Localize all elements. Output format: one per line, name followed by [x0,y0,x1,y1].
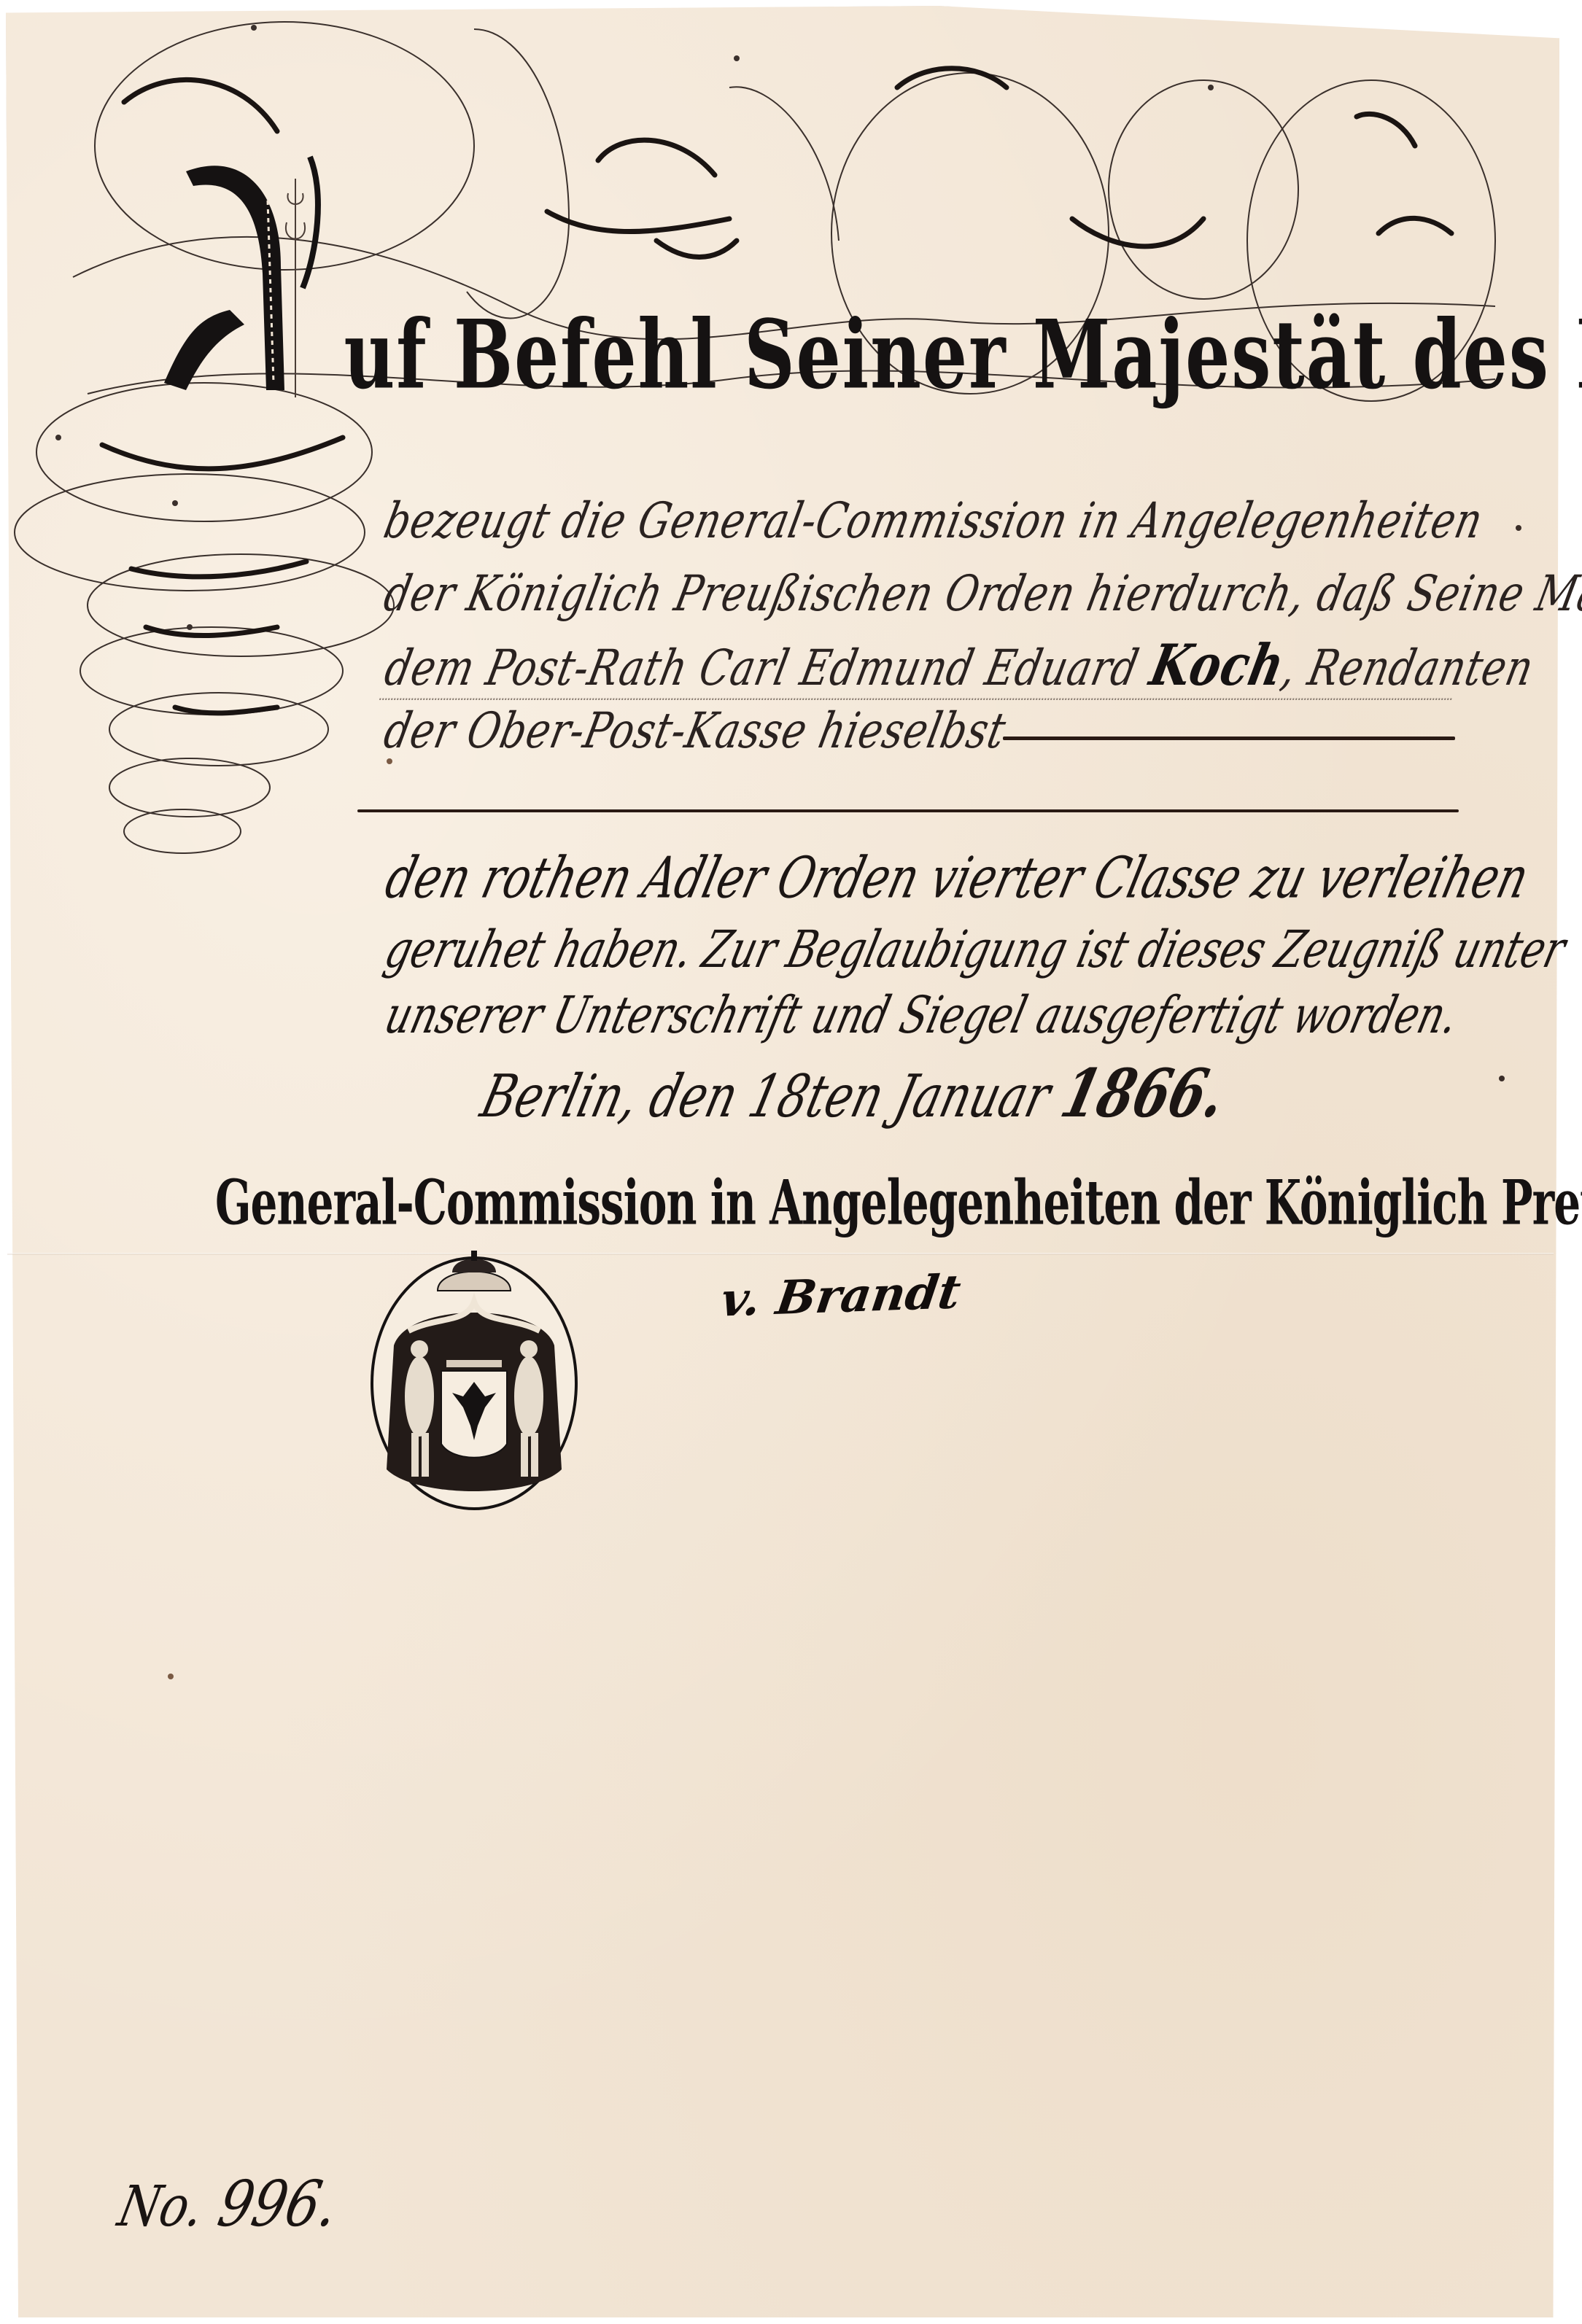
recipient-surname: Koch [1144,631,1290,698]
ink-speck [387,758,392,764]
heading-text: uf Befehl Seiner Majestät des Königs [344,299,1582,411]
ink-speck [1499,1076,1505,1081]
recipient-suffix: , Rendanten [1277,639,1539,696]
ink-speck [168,1674,174,1679]
ink-speck [1516,525,1521,531]
award-line-2: geruhet haben. Zur Beglaubigung ist dies… [379,920,1473,979]
body-line-recipient: dem Post-Rath Carl Edmund Eduard Koch, R… [379,631,1466,700]
separator-line [357,809,1459,812]
body-line-1: bezeugt die General-Commission in Angele… [379,491,1464,549]
certificate-number: No. 996. [112,2167,344,2241]
number-value: 996. [212,2167,345,2241]
number-prefix: No. [113,2175,210,2239]
recipient-prefix: dem Post-Rath [380,639,707,696]
body-line-2: der Königlich Preußischen Orden hierdurc… [379,564,1464,622]
award-line-3: unserer Unterschrift und Siegel ausgefer… [379,985,1473,1045]
date-year: 1866. [1054,1054,1233,1132]
issue-date: Berlin, den 18ten Januar 1866. [474,1054,1233,1132]
date-place: Berlin, den 18ten Januar [475,1062,1072,1131]
royal-coat-of-arms-seal [365,1251,583,1517]
fill-line [1003,737,1455,740]
recipient-given-names: Carl Edmund Eduard [694,639,1144,696]
award-line-1: den rothen Adler Orden vierter Classe zu… [379,845,1476,912]
paper-fold-line [7,1253,1554,1255]
issuing-authority: General-Commission in Angelegenheiten de… [215,1167,1455,1239]
certificate-heading: Auf Befehl Seiner Majestät des Königs [288,299,1528,411]
signature: v. Brandt [718,1264,964,1327]
body-line-4: der Ober-Post-Kasse hieselbst [379,702,946,759]
